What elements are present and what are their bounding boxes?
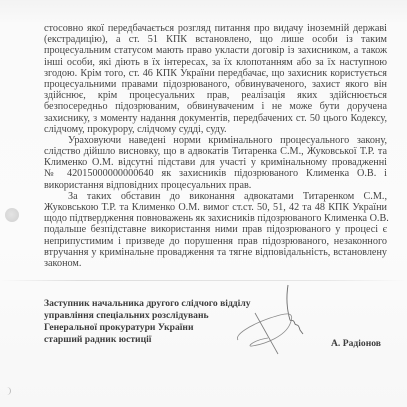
text-line: слідчому, прокурору, слідчому судді, суд…	[44, 124, 387, 135]
text-line: щодо підтвердження повноважень як захисн…	[44, 213, 387, 224]
signer-position-line: Заступник начальника другого слідчого ві…	[44, 298, 251, 310]
document-body: стосовно якої передбачається розгляд пит…	[44, 23, 387, 269]
signer-position-line: старший радник юстиції	[44, 334, 251, 346]
text-line: інші особи, які діють в їх інтересах, за…	[44, 57, 387, 68]
text-line: втручання у кримінальне провадження та т…	[44, 247, 387, 258]
signer-position-line: Генеральної прокуратури України	[44, 322, 251, 334]
scan-fold-line	[0, 280, 407, 281]
text-line: неприпустимим і призведе до порушення пр…	[44, 236, 387, 247]
text-line: За таких обставин до виконання адвокатам…	[44, 191, 387, 202]
signer-position-line: управління спеціальних розслідувань	[44, 310, 251, 322]
text-line: процесуальним статусом мають право уклас…	[44, 45, 387, 56]
text-line: (екстрадицію), а ст. 51 КПК встановлено,…	[44, 34, 387, 45]
text-line: здійснює, крім процесуальних прав, реалі…	[44, 90, 387, 101]
text-line: слідство дійшло висновку, що в адвокатів…	[44, 146, 387, 157]
hole-punch-mark	[5, 208, 19, 222]
text-line: Ураховуючи наведені норми кримінального …	[44, 135, 387, 146]
text-line: процесуальними правами підозрюваного, об…	[44, 79, 387, 90]
text-line: законом.	[44, 258, 387, 269]
text-line: захиснику, з моменту надання документів,…	[44, 113, 387, 124]
text-line: безпосередньо підозрюваним, обвинувачени…	[44, 101, 387, 112]
handwritten-signature-icon	[230, 280, 330, 360]
scanned-document-page: стосовно якої передбачається розгляд пит…	[0, 0, 407, 407]
signer-position-block: Заступник начальника другого слідчого ві…	[44, 298, 251, 346]
text-line: стосовно якої передбачається розгляд пит…	[44, 23, 387, 34]
text-line: № 42015000000000640 як захисників підозр…	[44, 168, 387, 179]
hole-punch-mark-bottom	[4, 387, 11, 395]
text-line: використання відповідних процесуальних п…	[44, 180, 387, 191]
text-line: згодою. Крім того, ст. 46 КПК України пе…	[44, 68, 387, 79]
text-line: Жуковською Т.Р. та Клименко О.М. вимог с…	[44, 202, 387, 213]
signer-name: А. Радіонов	[331, 338, 381, 349]
text-line: Клименко О.М. відсутні підстави для учас…	[44, 157, 387, 168]
text-line: подальше безпідставне використання ними …	[44, 224, 387, 235]
